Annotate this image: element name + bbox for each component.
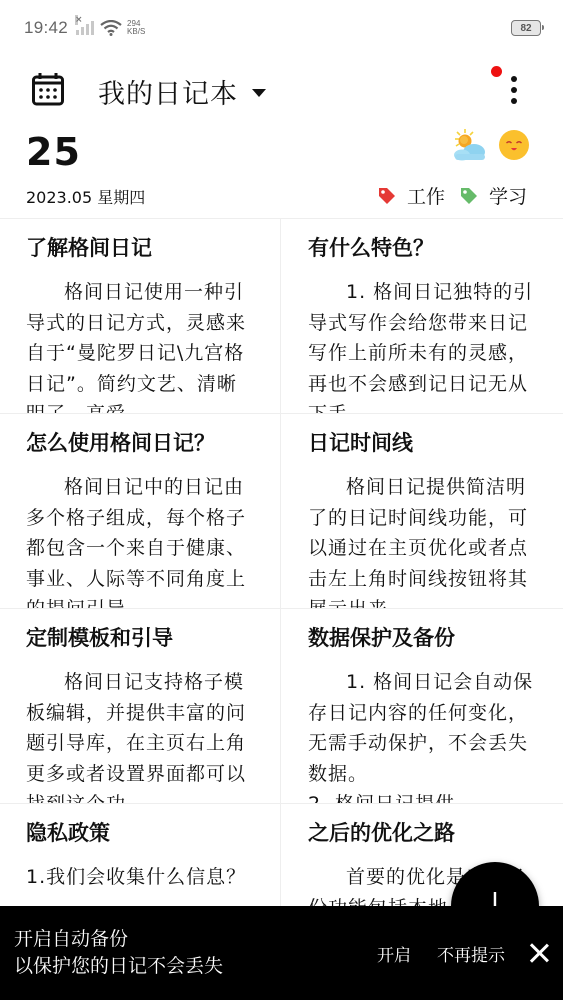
status-bar: 19:42 × 294 KB/S 82 bbox=[0, 0, 563, 56]
grid-cell[interactable]: 日记时间线 格间日记提供简洁明了的日记时间线功能，可以通过在主页优化或者点击左上… bbox=[281, 414, 563, 609]
cell-body: 格间日记中的日记由多个格子组成，每个格子都包含一个来自于健康、事业、人际等不同角… bbox=[26, 472, 254, 609]
cell-title: 定制模板和引导 bbox=[26, 623, 254, 653]
cell-body: 1. 格间日记独特的引导式写作会给您带来日记写作上前所未有的灵感，再也不会感到记… bbox=[308, 277, 537, 414]
diary-selector[interactable]: 我的日记本 bbox=[98, 72, 266, 111]
snackbar-line-2: 以保护您的日记不会丢失 bbox=[14, 953, 223, 980]
status-time: 19:42 bbox=[24, 18, 68, 38]
grid-cell[interactable]: 数据保护及备份 1. 格间日记会自动保存日记内容的任何变化，无需手动保护，不会丢… bbox=[281, 609, 563, 804]
cell-title: 日记时间线 bbox=[308, 428, 537, 458]
network-speed-unit: KB/S bbox=[127, 28, 145, 36]
tag-label: 学习 bbox=[489, 182, 527, 209]
grid-cell[interactable]: 定制模板和引导 格间日记支持格子模板编辑，并提供丰富的问题引导库，在主页右上角更… bbox=[0, 609, 281, 804]
cell-body: 1. 格间日记会自动保存日记内容的任何变化，无需手动保护，不会丢失数据。 2. … bbox=[308, 667, 537, 804]
cell-title: 有什么特色？ bbox=[308, 233, 537, 263]
more-options-button[interactable] bbox=[500, 72, 528, 108]
tag-icon bbox=[377, 186, 397, 206]
year-month-weekday: 2023.05 星期四 bbox=[26, 185, 145, 208]
caret-down-icon bbox=[252, 89, 266, 97]
cell-body: 格间日记使用一种引导式的日记方式，灵感来自于“曼陀罗日记\九宫格日记”。简约文艺… bbox=[26, 277, 254, 414]
tag-study[interactable]: 学习 bbox=[459, 182, 527, 209]
enable-backup-button[interactable]: 开启 bbox=[377, 941, 411, 966]
snackbar-line-1: 开启自动备份 bbox=[14, 926, 223, 953]
app-bar: 我的日记本 bbox=[0, 62, 563, 118]
app-title: 我的日记本 bbox=[98, 72, 238, 111]
tag-work[interactable]: 工作 bbox=[377, 182, 445, 209]
snackbar-message: 开启自动备份 以保护您的日记不会丢失 bbox=[14, 926, 223, 980]
cell-body: 格间日记支持格子模板编辑，并提供丰富的问题引导库，在主页右上角更多或者设置界面都… bbox=[26, 667, 254, 804]
tag-list: 工作 学习 bbox=[377, 182, 527, 209]
grid-cell[interactable]: 了解格间日记 格间日记使用一种引导式的日记方式，灵感来自于“曼陀罗日记\九宫格日… bbox=[0, 219, 281, 414]
partly-sunny-icon[interactable] bbox=[450, 128, 486, 162]
dont-remind-button[interactable]: 不再提示 bbox=[437, 941, 505, 966]
cellular-signal-icon: × bbox=[76, 21, 94, 35]
smile-face-icon[interactable] bbox=[499, 130, 529, 160]
battery-level: 82 bbox=[520, 23, 531, 34]
more-vert-icon bbox=[511, 76, 517, 82]
tag-label: 工作 bbox=[407, 182, 445, 209]
tag-icon bbox=[459, 186, 479, 206]
battery-icon: 82 bbox=[511, 20, 541, 36]
wifi-icon bbox=[100, 20, 122, 36]
cell-title: 之后的优化之路 bbox=[308, 818, 537, 848]
close-icon[interactable] bbox=[529, 943, 549, 963]
cell-title: 数据保护及备份 bbox=[308, 623, 537, 653]
grid-cell[interactable]: 有什么特色？ 1. 格间日记独特的引导式写作会给您带来日记写作上前所未有的灵感，… bbox=[281, 219, 563, 414]
cell-title: 怎么使用格间日记？ bbox=[26, 428, 254, 458]
grid-cell[interactable]: 怎么使用格间日记？ 格间日记中的日记由多个格子组成，每个格子都包含一个来自于健康… bbox=[0, 414, 281, 609]
cell-body: 格间日记提供简洁明了的日记时间线功能，可以通过在主页优化或者点击左上角时间线按钮… bbox=[308, 472, 537, 609]
snackbar-actions: 开启 不再提示 bbox=[351, 941, 549, 966]
backup-snackbar: 开启自动备份 以保护您的日记不会丢失 开启 不再提示 bbox=[0, 906, 563, 1000]
day-number: 25 bbox=[26, 130, 81, 174]
cell-title: 隐私政策 bbox=[26, 818, 254, 848]
calendar-icon[interactable] bbox=[31, 72, 65, 106]
network-speed: 294 KB/S bbox=[127, 20, 145, 36]
cell-title: 了解格间日记 bbox=[26, 233, 254, 263]
